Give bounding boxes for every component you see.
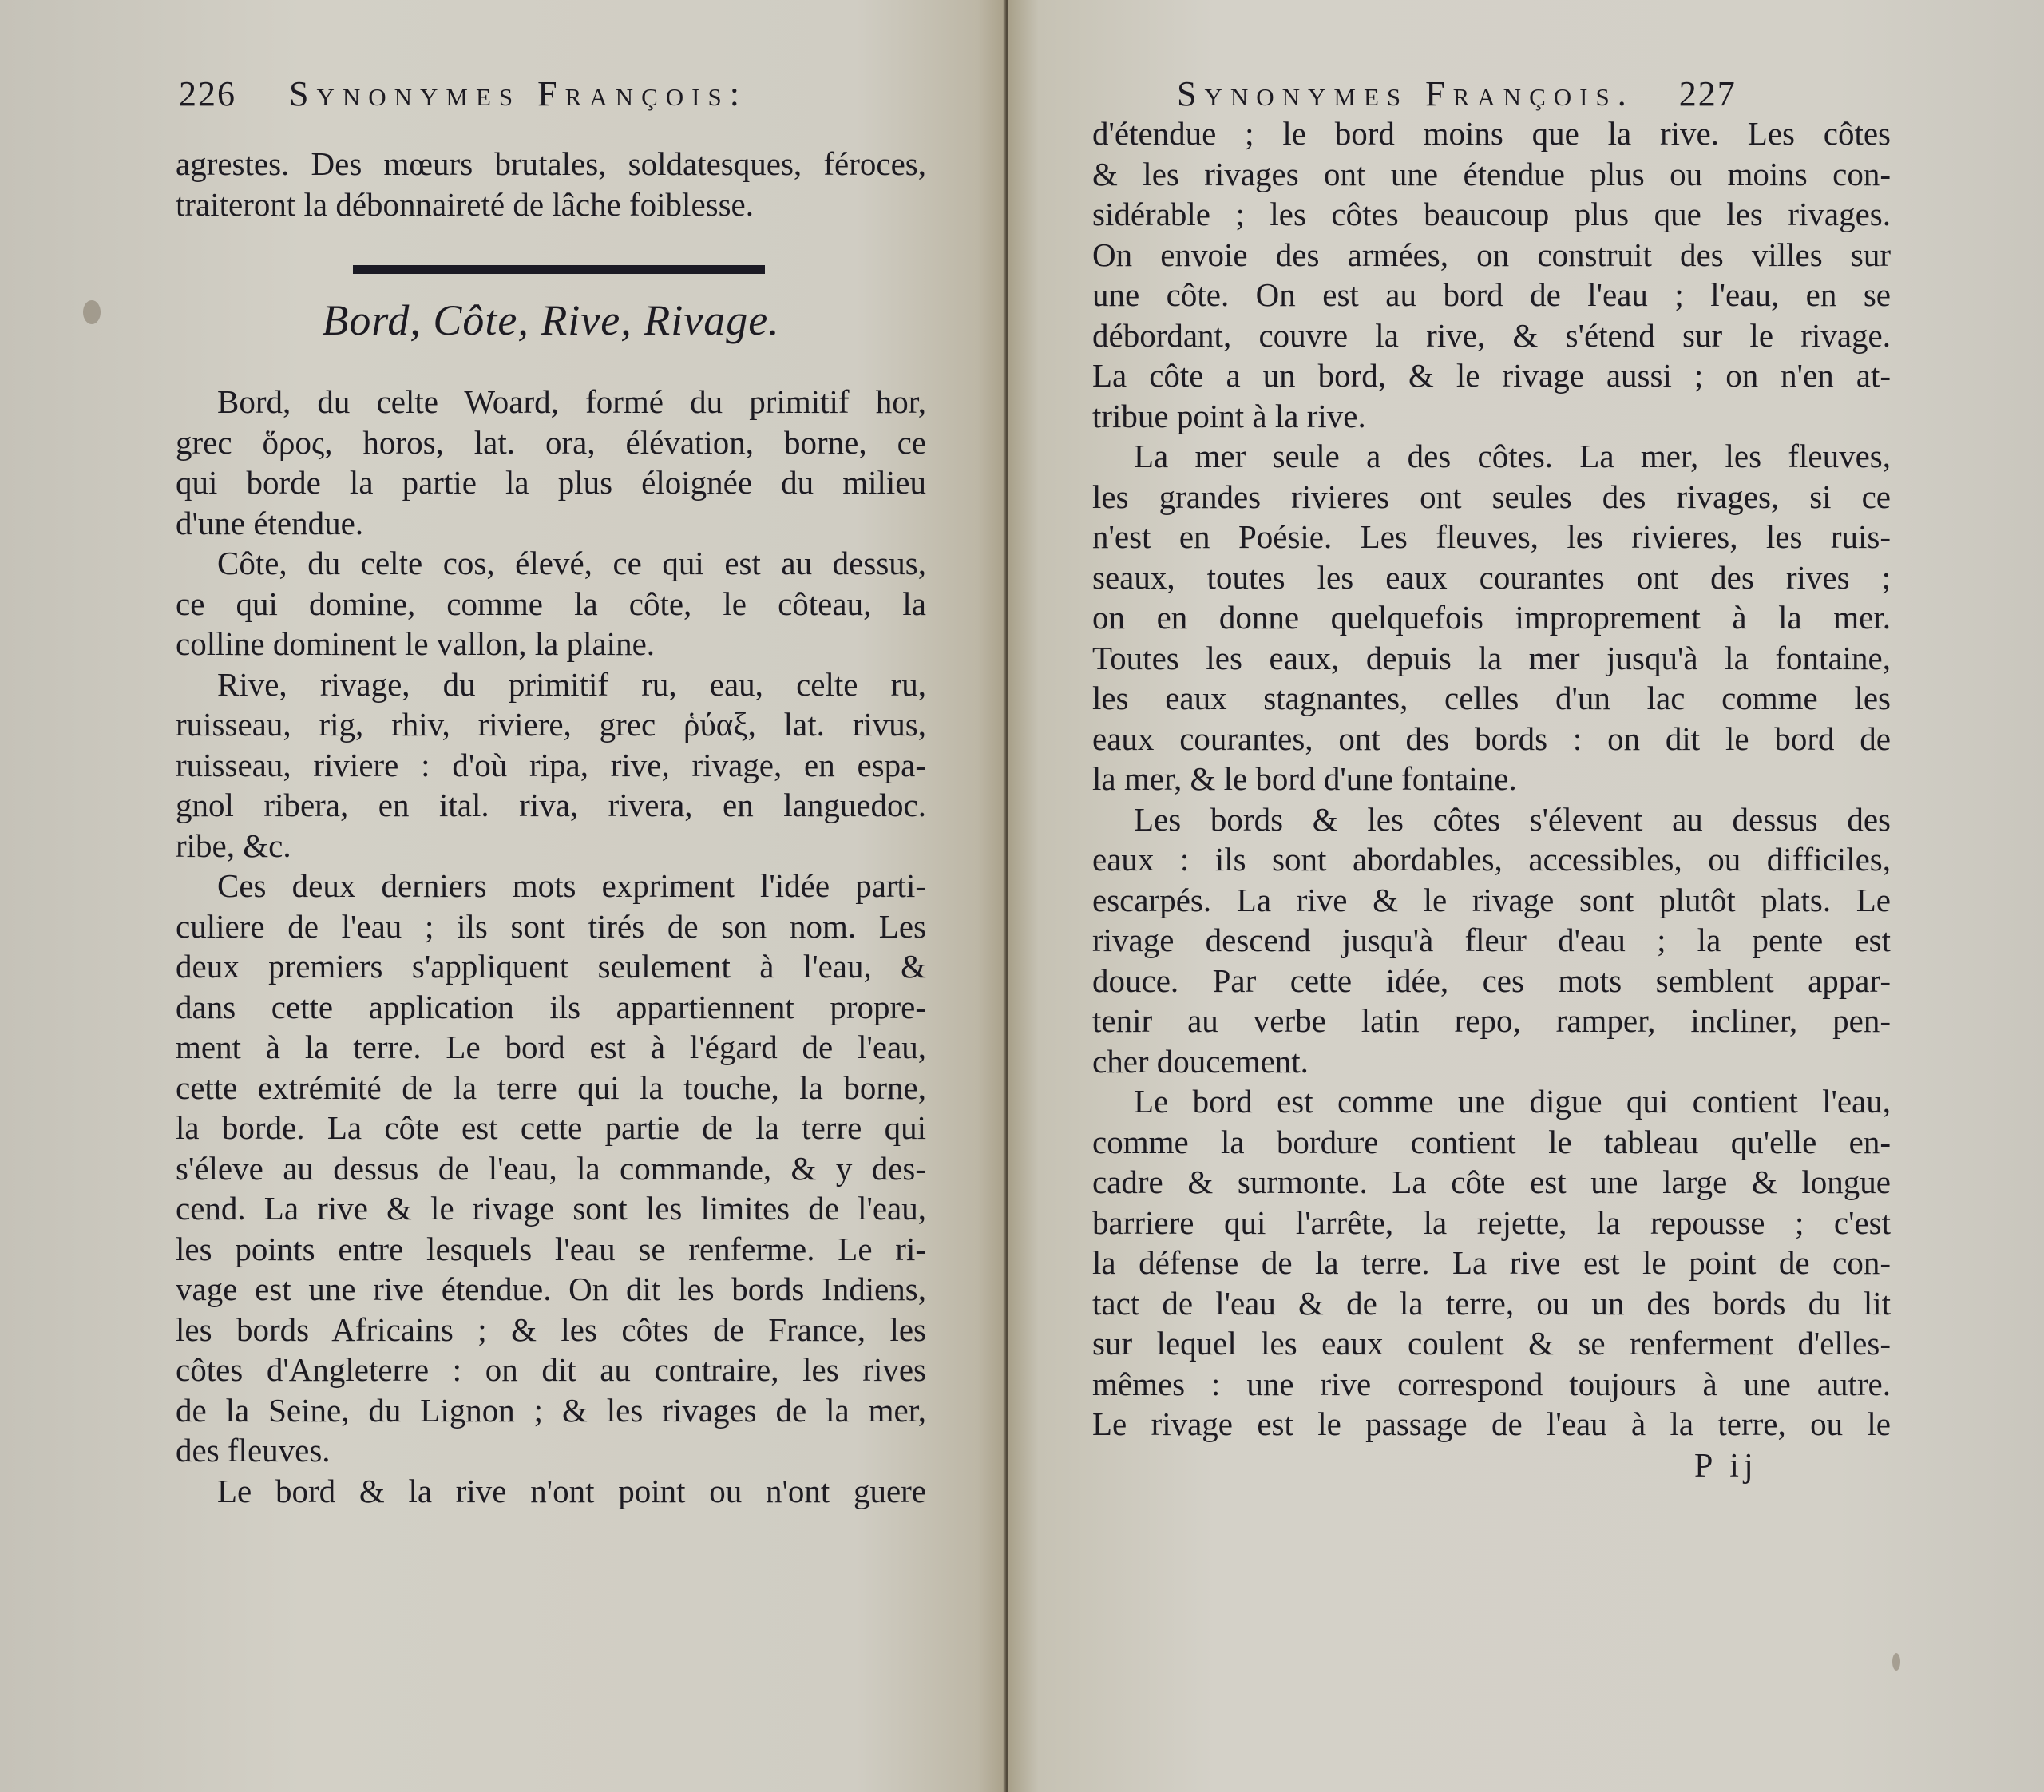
text-line: comme la bordure contient le tableau qu'… xyxy=(1092,1122,1891,1163)
text-line: Côte, du celte cos, élevé, ce qui est au… xyxy=(176,543,926,584)
text-line: les grandes rivieres ont seules des riva… xyxy=(1092,477,1891,517)
paper-stain xyxy=(83,300,101,324)
text-line: eaux : ils sont abordables, accessibles,… xyxy=(1092,839,1891,880)
text-line: cette extrémité de la terre qui la touch… xyxy=(176,1068,926,1108)
text-line: rivage descend jusqu'à fleur d'eau ; la … xyxy=(1092,920,1891,961)
right-page: Synonymes François.227 d'étendue ; le bo… xyxy=(1008,0,2044,1792)
text-line: Ces deux derniers mots expriment l'idée … xyxy=(176,866,926,906)
text-line: escarpés. La rive & le rivage sont plutô… xyxy=(1092,880,1891,921)
text-line: Rive, rivage, du primitif ru, eau, celte… xyxy=(176,664,926,705)
running-title: Synonymes François. xyxy=(1177,74,1634,113)
text-line: de la Seine, du Lignon ; & les rivages d… xyxy=(176,1390,926,1431)
text-line: dans cette application ils appartiennent… xyxy=(176,987,926,1028)
text-line: n'est en Poésie. Les fleuves, les rivier… xyxy=(1092,517,1891,557)
text-line: colline dominent le vallon, la plaine. xyxy=(176,624,926,664)
article-title: Bord, Côte, Rive, Rivage. xyxy=(176,295,926,345)
text-line: seaux, toutes les eaux courantes ont des… xyxy=(1092,557,1891,598)
text-line: ribe, &c. xyxy=(176,826,926,866)
text-line: des fleuves. xyxy=(176,1430,926,1471)
text-line: s'éleve au dessus de l'eau, la commande,… xyxy=(176,1148,926,1189)
text-line: eaux courantes, ont des bords : on dit l… xyxy=(1092,719,1891,759)
text-line: culiere de l'eau ; ils sont tirés de son… xyxy=(176,906,926,947)
text-line: débordant, couvre la rive, & s'étend sur… xyxy=(1092,315,1891,356)
text-line: ruisseau, riviere : d'où ripa, rive, riv… xyxy=(176,745,926,786)
text-line: Le rivage est le passage de l'eau à la t… xyxy=(1092,1404,1891,1445)
text-line: Le bord est comme une digue qui contient… xyxy=(1092,1081,1891,1122)
text-line: on en donne quelquefois improprement à l… xyxy=(1092,597,1891,638)
running-title: Synonymes François: xyxy=(289,74,747,113)
page-number: 226 xyxy=(179,74,236,113)
text-line: cend. La rive & le rivage sont les limit… xyxy=(176,1188,926,1229)
text-line: mêmes : une rive correspond toujours à u… xyxy=(1092,1364,1891,1405)
left-page: 226Synonymes François: agrestes. Des mœu… xyxy=(0,0,1008,1792)
text-line: traiteront la débonnaireté de lâche foib… xyxy=(176,184,926,225)
text-line: ce qui domine, comme la côte, le côteau,… xyxy=(176,584,926,624)
text-line: Le bord & la rive n'ont point ou n'ont g… xyxy=(176,1471,926,1512)
text-line: On envoie des armées, on construit des v… xyxy=(1092,235,1891,276)
text-line: d'étendue ; le bord moins que la rive. L… xyxy=(1092,113,1891,154)
open-book-spread: 226Synonymes François: agrestes. Des mœu… xyxy=(0,0,2044,1792)
running-head-right: Synonymes François.227 xyxy=(1177,73,1737,114)
text-line: une côte. On est au bord de l'eau ; l'ea… xyxy=(1092,275,1891,315)
text-line: tact de l'eau & de la terre, ou un des b… xyxy=(1092,1283,1891,1324)
signature-mark: P ij xyxy=(1694,1447,1758,1485)
text-line: gnol ribera, en ital. riva, rivera, en l… xyxy=(176,785,926,826)
text-line: les bords Africains ; & les côtes de Fra… xyxy=(176,1310,926,1350)
text-line: La mer seule a des côtes. La mer, les fl… xyxy=(1092,436,1891,477)
text-line: cadre & surmonte. La côte est une large … xyxy=(1092,1162,1891,1203)
text-line: cher doucement. xyxy=(1092,1041,1891,1082)
text-line: Les bords & les côtes s'élevent au dessu… xyxy=(1092,799,1891,840)
text-line: la borde. La côte est cette partie de la… xyxy=(176,1108,926,1148)
text-line: Toutes les eaux, depuis la mer jusqu'à l… xyxy=(1092,638,1891,679)
text-line: d'une étendue. xyxy=(176,503,926,544)
text-line: les points entre lesquels l'eau se renfe… xyxy=(176,1229,926,1270)
text-line: sur lequel les eaux coulent & se renferm… xyxy=(1092,1323,1891,1364)
text-line: côtes d'Angleterre : on dit au contraire… xyxy=(176,1350,926,1390)
text-line: tribue point à la rive. xyxy=(1092,396,1891,437)
text-line: sidérable ; les côtes beaucoup plus que … xyxy=(1092,194,1891,235)
text-line: agrestes. Des mœurs brutales, soldatesqu… xyxy=(176,144,926,184)
right-body-text: d'étendue ; le bord moins que la rive. L… xyxy=(1092,113,1891,1445)
text-line: douce. Par cette idée, ces mots semblent… xyxy=(1092,961,1891,1001)
text-line: les eaux stagnantes, celles d'un lac com… xyxy=(1092,678,1891,719)
running-head-left: 226Synonymes François: xyxy=(179,73,747,114)
text-line: La côte a un bord, & le rivage aussi ; o… xyxy=(1092,355,1891,396)
text-line: barriere qui l'arrête, la rejette, la re… xyxy=(1092,1203,1891,1243)
text-line: grec ὅρος, horos, lat. ora, élévation, b… xyxy=(176,422,926,463)
paper-stain xyxy=(1892,1653,1900,1671)
text-line: qui borde la partie la plus éloignée du … xyxy=(176,462,926,503)
text-line: deux premiers s'appliquent seulement à l… xyxy=(176,946,926,987)
text-line: vage est une rive étendue. On dit les bo… xyxy=(176,1269,926,1310)
carryover-text: agrestes. Des mœurs brutales, soldatesqu… xyxy=(176,144,926,224)
text-line: ment à la terre. Le bord est à l'égard d… xyxy=(176,1027,926,1068)
text-line: Bord, du celte Woard, formé du primitif … xyxy=(176,382,926,422)
left-body-text: Bord, du celte Woard, formé du primitif … xyxy=(176,382,926,1511)
page-number: 227 xyxy=(1679,74,1737,113)
text-line: ruisseau, rig, rhiv, riviere, grec ῥύαξ,… xyxy=(176,704,926,745)
section-divider-rule xyxy=(353,265,765,274)
text-line: & les rivages ont une étendue plus ou mo… xyxy=(1092,154,1891,195)
text-line: tenir au verbe latin repo, ramper, incli… xyxy=(1092,1001,1891,1041)
text-line: la défense de la terre. La rive est le p… xyxy=(1092,1243,1891,1283)
text-line: la mer, & le bord d'une fontaine. xyxy=(1092,759,1891,799)
